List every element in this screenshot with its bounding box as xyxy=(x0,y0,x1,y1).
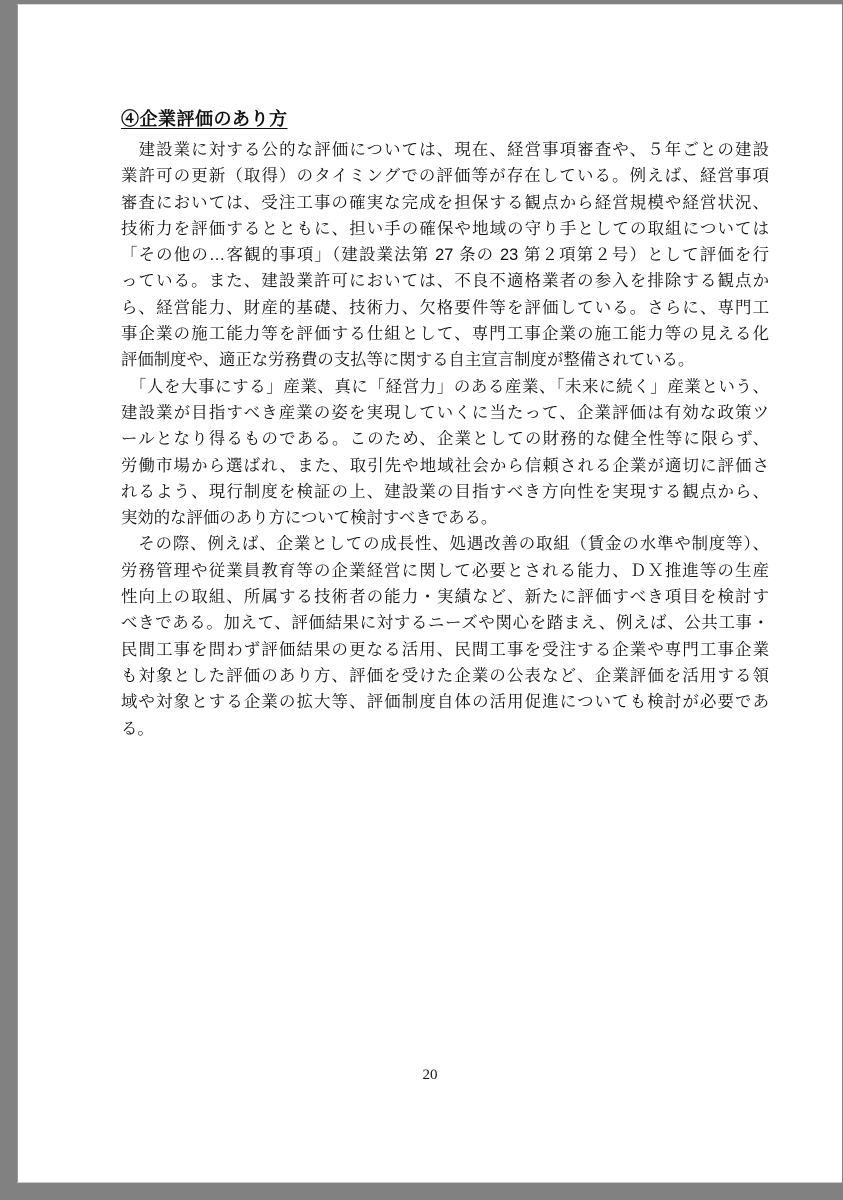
text-line: 評価制度や、適正な労務費の支払等に関する自主宣言制度が整備されている。 xyxy=(121,347,769,373)
text-line: 建設業が目指すべき産業の姿を実現していくに当たって、企業評価は有効な政策ツ xyxy=(121,400,769,426)
text-line: る。 xyxy=(121,716,769,742)
text-line: 実効的な評価のあり方について検討すべきである。 xyxy=(121,505,769,531)
text-line: ールとなり得るものである。このため、企業としての財務的な健全性等に限らず、 xyxy=(121,426,769,452)
text-line: 技術力を評価するとともに、担い手の確保や地域の守り手としての取組については xyxy=(121,216,769,242)
text-line: 労務管理や従業員教育等の企業経営に関して必要とされる能力、ＤＸ推進等の生産 xyxy=(121,558,769,584)
text-line: その際、例えば、企業としての成長性、処遇改善の取組（賃金の水準や制度等）、 xyxy=(121,531,769,557)
text-line: べきである。加えて、評価結果に対するニーズや関心を踏まえ、例えば、公共工事・ xyxy=(121,610,769,636)
text-line: 業許可の更新（取得）のタイミングでの評価等が存在している。例えば、経営事項 xyxy=(121,163,769,189)
text-line: 域や対象とする企業の拡大等、評価制度自体の活用促進についても検討が必要であ xyxy=(121,689,769,715)
section-heading: ④企業評価のあり方 xyxy=(121,105,288,131)
pdf-viewer-background: ④企業評価のあり方 建設業に対する公的な評価については、現在、経営事項審査や、５… xyxy=(0,0,843,1200)
text-line: 事企業の施工能力等を評価する仕組として、専門工事企業の施工能力等の見える化 xyxy=(121,321,769,347)
page-number: 20 xyxy=(18,1067,842,1084)
text-line: 性向上の取組、所属する技術者の能力・実績など、新たに評価すべき項目を検討す xyxy=(121,584,769,610)
text-line: 労働市場から選ばれ、また、取引先や地域社会から信頼される企業が適切に評価さ xyxy=(121,453,769,479)
text-line: 「人を大事にする」産業、真に「経営力」のある産業、「未来に続く」産業という、 xyxy=(121,374,769,400)
text-line: 建設業に対する公的な評価については、現在、経営事項審査や、５年ごとの建設 xyxy=(121,137,769,163)
text-line: れるよう、現行制度を検証の上、建設業の目指すべき方向性を実現する観点から、 xyxy=(121,479,769,505)
document-body: 建設業に対する公的な評価については、現在、経営事項審査や、５年ごとの建設業許可の… xyxy=(121,137,769,742)
text-line: っている。また、建設業許可においては、不良不適格業者の参入を排除する観点か xyxy=(121,268,769,294)
text-line: 民間工事を問わず評価結果の更なる活用、民間工事を受注する企業や専門工事企業 xyxy=(121,637,769,663)
text-line: も対象とした評価のあり方、評価を受けた企業の公表など、企業評価を活用する領 xyxy=(121,663,769,689)
text-line: ら、経営能力、財産的基礎、技術力、欠格要件等を評価している。さらに、専門工 xyxy=(121,295,769,321)
text-line: 「その他の…客観的事項」（建設業法第 27 条の 23 第２項第２号）として評価… xyxy=(121,242,769,268)
text-line: 審査においては、受注工事の確実な完成を担保する観点から経営規模や経営状況、 xyxy=(121,190,769,216)
document-page: ④企業評価のあり方 建設業に対する公的な評価については、現在、経営事項審査や、５… xyxy=(17,4,842,1183)
